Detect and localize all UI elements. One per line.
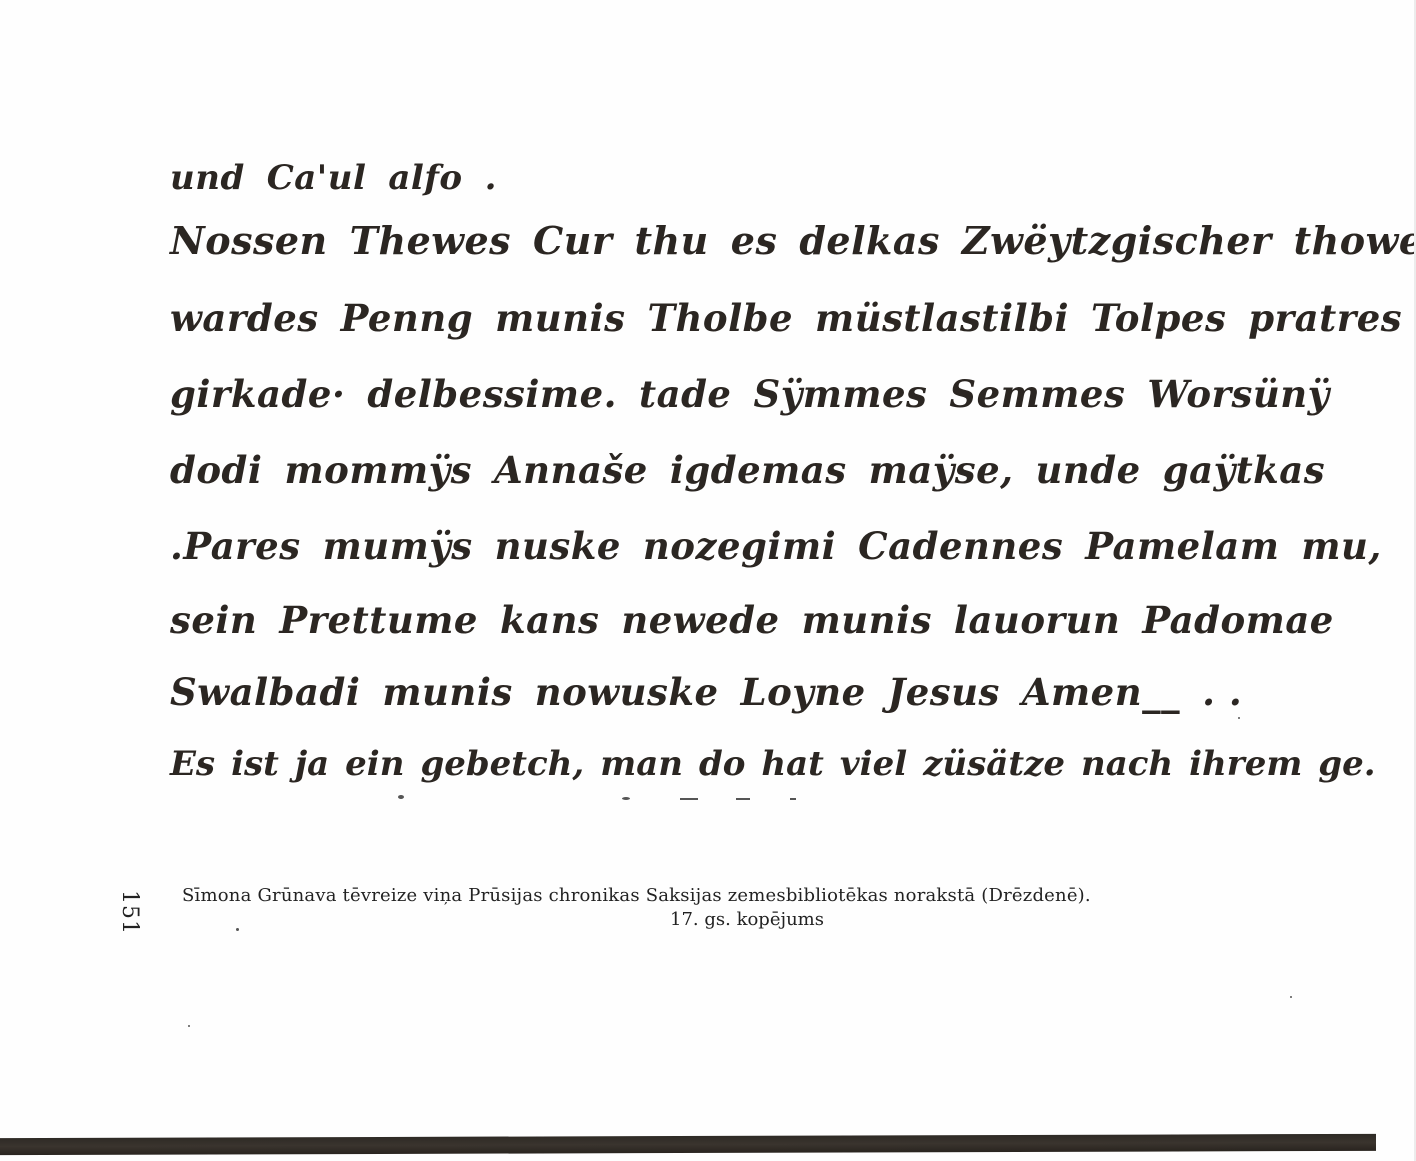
word: . .: [1202, 670, 1242, 714]
word: munis: [802, 598, 932, 642]
manuscript-line-5: dodimommÿsAnnašeigdemasmaÿse,undegaÿtkas: [170, 448, 1347, 492]
word: Amen__: [1022, 670, 1180, 714]
word: girkade·: [170, 372, 345, 416]
word: ge.: [1318, 744, 1375, 784]
word: Thewes: [350, 218, 511, 263]
word: Cur: [533, 218, 612, 263]
word: do: [699, 744, 745, 784]
caption-line-2: 17. gs. kopējums: [182, 908, 1282, 932]
word: Prettume: [279, 598, 478, 642]
word: newede: [621, 598, 779, 642]
word: ja: [295, 744, 329, 784]
scan-speck: [680, 798, 698, 800]
scan-speck: [790, 798, 796, 800]
word: man: [600, 744, 683, 784]
word: züsätze: [923, 744, 1065, 784]
word: sein: [170, 598, 257, 642]
word: Es: [170, 744, 215, 784]
word: Loyne: [741, 670, 866, 714]
word: dodi: [170, 448, 262, 492]
manuscript-line-9-german-note: Esistjaeingebetch,mandohatvielzüsätzenac…: [170, 744, 1376, 784]
word: Nossen: [170, 218, 328, 263]
word: nuske: [495, 524, 621, 568]
scan-speck: [1238, 717, 1240, 719]
word: mommÿs: [284, 448, 471, 492]
page-number: 151: [117, 890, 142, 935]
word: Annaše: [494, 448, 648, 492]
word: Zwëytzgischer: [962, 218, 1272, 263]
word: Cadennes: [858, 524, 1063, 568]
word: pratres: [1248, 296, 1402, 340]
manuscript-line-6: .ParesmumÿsnuskenozegimiCadennesPamelamm…: [170, 524, 1404, 568]
word: Jesus: [888, 670, 1000, 714]
word: ihrem: [1189, 744, 1302, 784]
word: nowuske: [535, 670, 719, 714]
word: nozegimi: [643, 524, 836, 568]
word: Worsünÿ: [1147, 372, 1329, 416]
word: Padomae: [1142, 598, 1334, 642]
word: viel: [840, 744, 907, 784]
scanned-page: undCa'ulalfo. NossenThewesCurthuesdelkas…: [0, 0, 1416, 1161]
word: es: [731, 218, 778, 263]
manuscript-line-3: wardesPenngmunisTholbemüstlastilbiTolpes…: [170, 296, 1416, 340]
word: munis: [495, 296, 625, 340]
word: Tholbe: [647, 296, 793, 340]
word: müstlastilbi: [815, 296, 1069, 340]
word: wardes: [170, 296, 319, 340]
scan-speck: [188, 1025, 190, 1027]
word: thu: [634, 218, 708, 263]
word: delkas: [799, 218, 940, 263]
word: .: [485, 158, 497, 198]
scan-bottom-edge-bar: [0, 1134, 1376, 1155]
word: mu,: [1301, 524, 1381, 568]
caption-line-1: Sīmona Grūnava tēvreize viņa Prūsijas ch…: [182, 884, 1282, 908]
word: delbessime.: [367, 372, 617, 416]
figure-caption: Sīmona Grūnava tēvreize viņa Prūsijas ch…: [182, 884, 1282, 932]
word: Penng: [341, 296, 474, 340]
word: Tolpes: [1091, 296, 1226, 340]
word: .Pares: [170, 524, 301, 568]
word: alfo: [388, 158, 462, 198]
word: tade: [639, 372, 731, 416]
manuscript-line-8: SwalbadimunisnowuskeLoyneJesusAmen__. .: [170, 670, 1264, 714]
word: nach: [1081, 744, 1173, 784]
word: gaÿtkas: [1163, 448, 1325, 492]
scan-speck: [736, 798, 750, 800]
word: unde: [1036, 448, 1141, 492]
word: Pamelam: [1085, 524, 1279, 568]
word: Sÿmmes: [753, 372, 927, 416]
manuscript-line-4: girkade·delbessime.tadeSÿmmesSemmesWorsü…: [170, 372, 1352, 416]
scan-speck: [1290, 996, 1292, 998]
word: ein: [345, 744, 404, 784]
word: Semmes: [949, 372, 1125, 416]
word: igdemas: [670, 448, 847, 492]
manuscript-line-1: undCa'ulalfo.: [170, 158, 519, 198]
word: Ca'ul: [267, 158, 367, 198]
word: lauorun: [954, 598, 1120, 642]
word: mumÿs: [323, 524, 473, 568]
word: Swalbadi: [170, 670, 360, 714]
word: ist: [231, 744, 279, 784]
word: und: [170, 158, 245, 198]
manuscript-line-2: NossenThewesCurthuesdelkasZwëytzgischert…: [170, 218, 1416, 263]
word: hat: [761, 744, 823, 784]
word: maÿse,: [869, 448, 1014, 492]
word: thowes: [1294, 218, 1416, 263]
word: kans: [500, 598, 599, 642]
manuscript-line-7: seinPrettumekansnewedemunislauorunPadoma…: [170, 598, 1356, 642]
scan-speck: [622, 797, 630, 800]
scan-speck: [398, 795, 404, 799]
word: gebetch,: [420, 744, 584, 784]
word: munis: [382, 670, 512, 714]
